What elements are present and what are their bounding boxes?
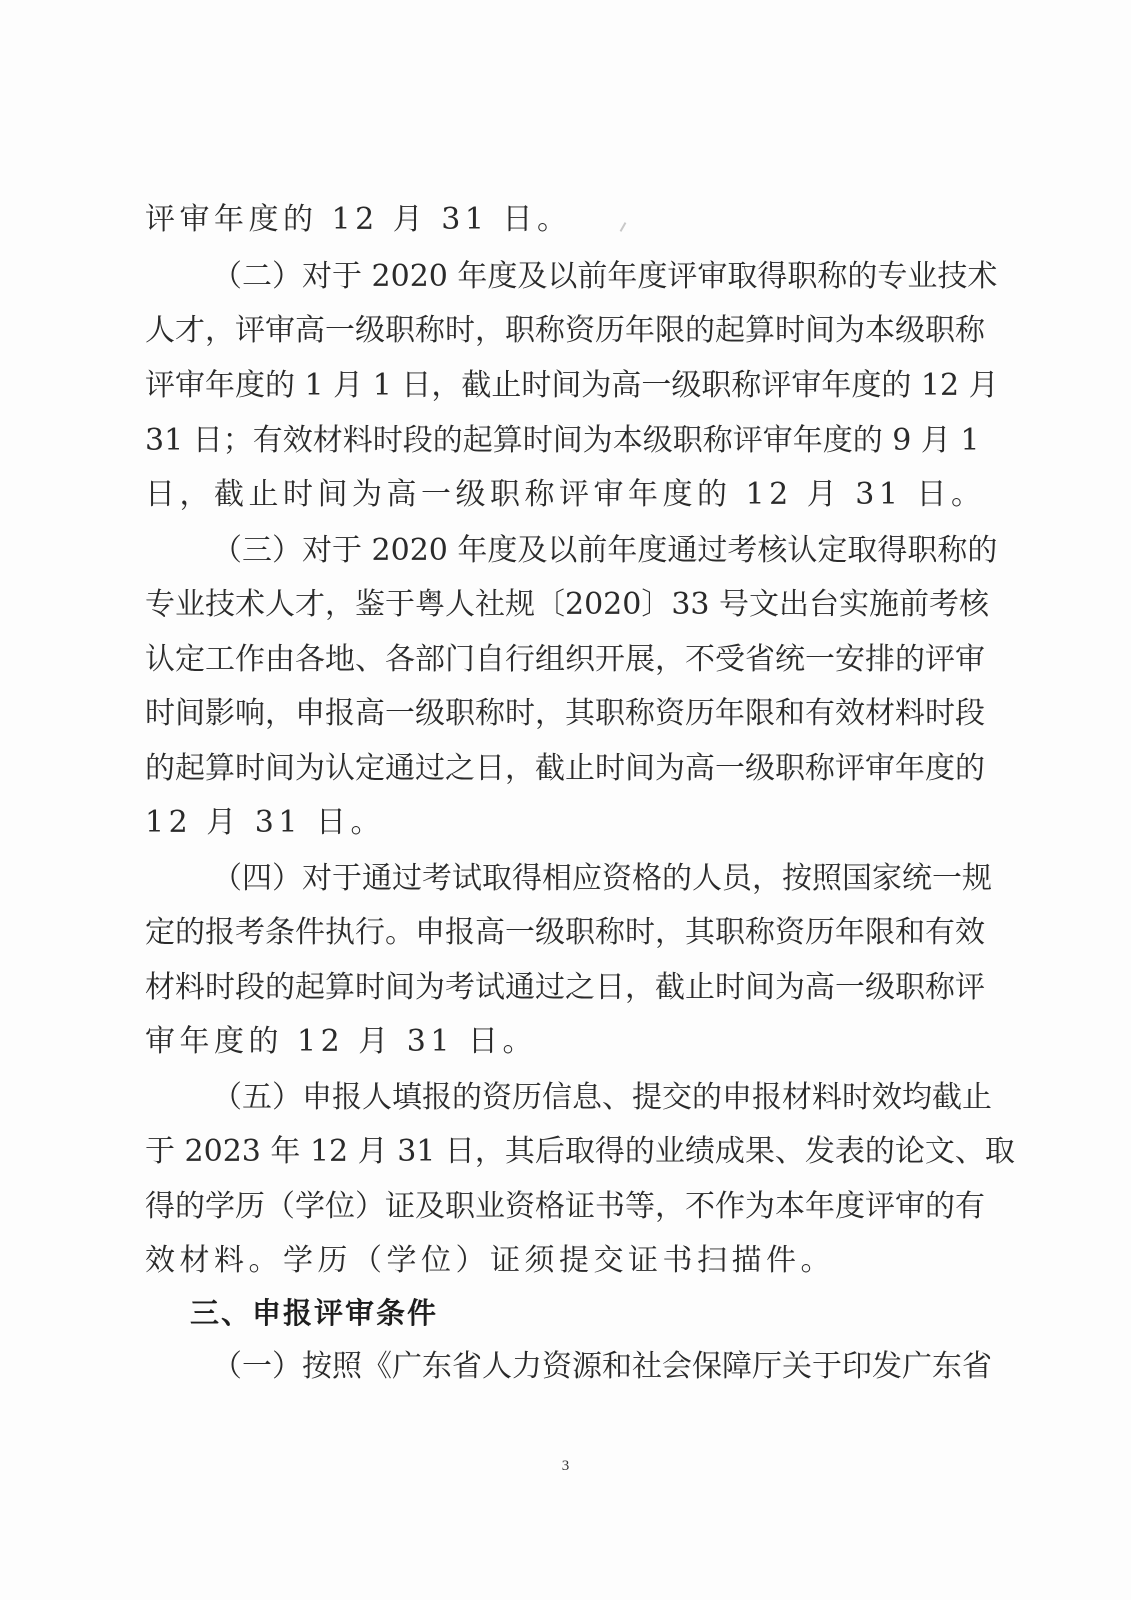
text-line: 定的报考条件执行。申报高一级职称时，其职称资历年限和有效 — [145, 913, 965, 953]
text-line: 12 月 31 日。 — [145, 803, 965, 843]
text-line: 专业技术人才，鉴于粤人社规〔2020〕33 号文出台实施前考核 — [145, 585, 965, 625]
text-line: 材料时段的起算时间为考试通过之日，截止时间为高一级职称评 — [145, 968, 965, 1008]
paragraph-5-start: （五）申报人填报的资历信息、提交的申报材料时效均截止 — [212, 1078, 965, 1118]
text-line: 日，截止时间为高一级职称评审年度的 12 月 31 日。 — [145, 475, 965, 515]
paragraph-3-start: （三）对于 2020 年度及以前年度通过考核认定取得职称的 — [212, 531, 965, 571]
text-line: 认定工作由各地、各部门自行组织开展，不受省统一安排的评审 — [145, 640, 965, 680]
text-line: 效材料。学历（学位）证须提交证书扫描件。 — [145, 1241, 965, 1281]
paragraph-6-start: （一）按照《广东省人力资源和社会保障厅关于印发广东省 — [212, 1347, 965, 1387]
paragraph-4-start: （四）对于通过考试取得相应资格的人员，按照国家统一规 — [212, 859, 965, 899]
paragraph-2-start: （二）对于 2020 年度及以前年度评审取得职称的专业技术 — [212, 257, 965, 297]
page-number: 3 — [0, 1458, 1131, 1475]
text-line: 得的学历（学位）证及职业资格证书等，不作为本年度评审的有 — [145, 1187, 965, 1227]
text-line: 审年度的 12 月 31 日。 — [145, 1022, 965, 1062]
text-line: 评审年度的 12 月 31 日。 — [145, 200, 965, 240]
text-line: 于 2023 年 12 月 31 日，其后取得的业绩成果、发表的论文、取 — [145, 1132, 965, 1172]
document-page: 评审年度的 12 月 31 日。 （二）对于 2020 年度及以前年度评审取得职… — [0, 0, 1131, 1600]
section-heading: 三、申报评审条件 — [190, 1293, 438, 1333]
text-line: 评审年度的 1 月 1 日，截止时间为高一级职称评审年度的 12 月 — [145, 366, 965, 406]
text-line: 人才，评审高一级职称时，职称资历年限的起算时间为本级职称 — [145, 311, 965, 351]
text-line: 时间影响，申报高一级职称时，其职称资历年限和有效材料时段 — [145, 694, 965, 734]
text-line: 的起算时间为认定通过之日，截止时间为高一级职称评审年度的 — [145, 749, 965, 789]
text-line: 31 日；有效材料时段的起算时间为本级职称评审年度的 9 月 1 — [145, 421, 965, 461]
